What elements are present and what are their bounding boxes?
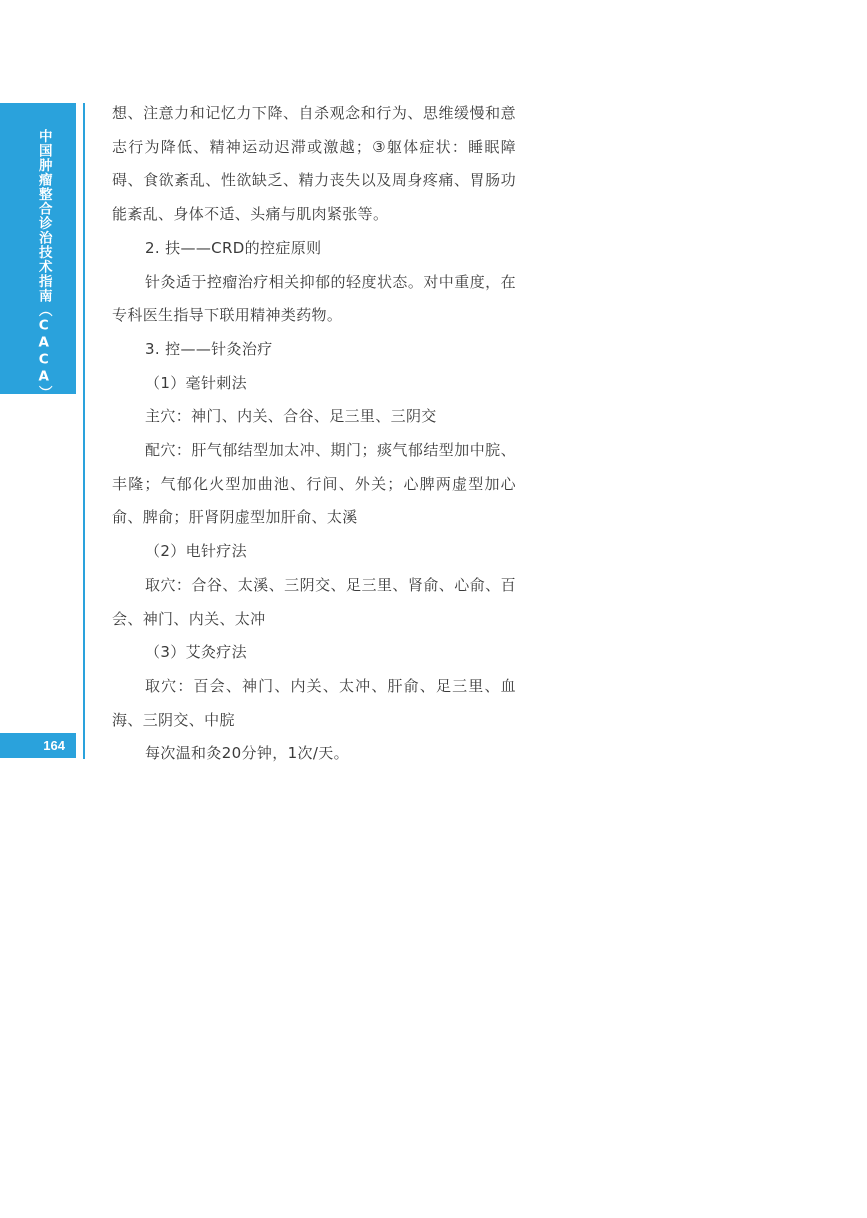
subheading-moxibustion: （3）艾灸疗法: [112, 636, 516, 670]
page-number: 164: [0, 733, 76, 758]
paragraph-main-points: 主穴：神门、内关、合谷、足三里、三阴交: [112, 400, 516, 434]
page-body: 想、注意力和记忆力下降、自杀观念和行为、思维缓慢和意志行为降低、精神运动迟滞或激…: [112, 97, 516, 771]
margin-rule: [83, 103, 85, 759]
subheading-electroacupuncture: （2）电针疗法: [112, 535, 516, 569]
heading-acupuncture: 3. 控——针灸治疗: [112, 333, 516, 367]
subheading-filiform-needle: （1）毫针刺法: [112, 367, 516, 401]
paragraph-electro-points: 取穴：合谷、太溪、三阴交、足三里、肾俞、心俞、百会、神门、内关、太冲: [112, 569, 516, 636]
paragraph-symptoms-continued: 想、注意力和记忆力下降、自杀观念和行为、思维缓慢和意志行为降低、精神运动迟滞或激…: [112, 97, 516, 232]
paragraph-moxa-frequency: 每次温和灸20分钟，1次/天。: [112, 737, 516, 771]
paragraph-matching-points: 配穴：肝气郁结型加太冲、期门；痰气郁结型加中脘、丰隆；气郁化火型加曲池、行间、外…: [112, 434, 516, 535]
chapter-side-tab: 中国肿瘤整合诊治技术指南（CACA）: [0, 103, 76, 394]
book-title-vertical: 中国肿瘤整合诊治技术指南（CACA）: [36, 129, 50, 394]
paragraph-moxa-points: 取穴：百会、神门、内关、太冲、肝俞、足三里、血海、三阴交、中脘: [112, 670, 516, 737]
paragraph-principle: 针灸适于控瘤治疗相关抑郁的轻度状态。对中重度，在专科医生指导下联用精神类药物。: [112, 266, 516, 333]
heading-principle: 2. 扶——CRD的控症原则: [112, 232, 516, 266]
